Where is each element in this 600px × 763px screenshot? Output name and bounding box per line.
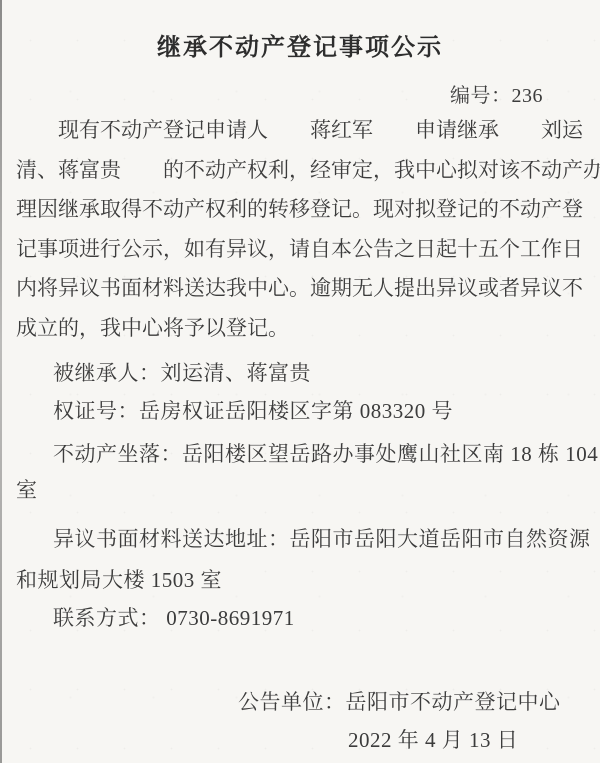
body-paragraph-line-2: 清、蒋富贵 的不动产权利，经审定，我中心拟对该不动产办 [16, 150, 586, 190]
property-location-wrap-line: 室 [16, 478, 38, 503]
body-paragraph-line-1: 现有不动产登记申请人 蒋红军 申请继承 刘运 [16, 110, 586, 150]
certificate-number-line: 权证号：岳房权证岳阳楼区字第 083320 号 [53, 399, 453, 424]
body-paragraph-line-6: 成立的，我中心将予以登记。 [16, 308, 586, 348]
scan-edge-artifact [0, 0, 2, 763]
body-paragraph-line-5: 内将异议书面材料送达我中心。逾期无人提出异议或者异议不 [16, 268, 586, 308]
objection-address-wrap-line: 和规划局大楼 1503 室 [16, 568, 222, 593]
scanned-notice-page: 继承不动产登记事项公示 编号：236 现有不动产登记申请人 蒋红军 申请继承 刘… [0, 0, 600, 763]
doc-number: 编号：236 [450, 84, 543, 109]
property-location-line: 不动产坐落：岳阳楼区望岳路办事处鹰山社区南 18 栋 104 [53, 442, 598, 467]
decedent-line: 被继承人：刘运清、蒋富贵 [53, 361, 311, 386]
body-paragraph-line-3: 理因继承取得不动产权利的转移登记。现对拟登记的不动产登 [16, 189, 586, 229]
document-title: 继承不动产登记事项公示 [0, 33, 600, 63]
issuer-line: 公告单位：岳阳市不动产登记中心 [238, 690, 561, 715]
date-line: 2022 年 4 月 13 日 [348, 728, 518, 753]
objection-address-line: 异议书面材料送达地址：岳阳市岳阳大道岳阳市自然资源 [53, 527, 591, 552]
body-paragraph-line-4: 记事项进行公示，如有异议，请自本公告之日起十五个工作日 [16, 229, 586, 269]
contact-line: 联系方式： 0730-8691971 [53, 606, 295, 631]
